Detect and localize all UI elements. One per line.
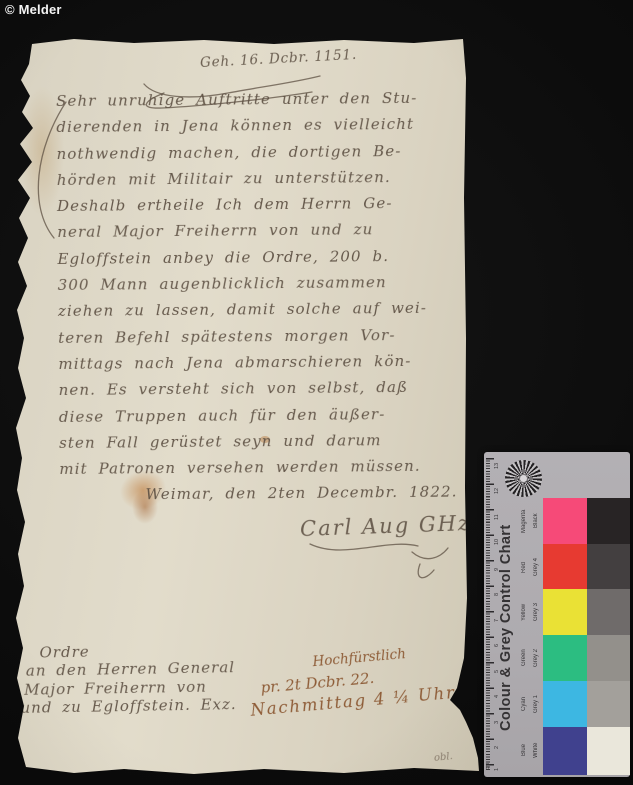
letter-body: Sehr unruhige Auftritte unter den Stu- d… [56,84,462,508]
swatch-blue [543,727,587,775]
swatch-labels: Red Grey 4 [518,544,542,590]
manuscript-line: mit Patronen versehen werden müssen. [59,453,461,483]
swatch-labels: Blue White [518,727,542,773]
swatch-grey2 [587,635,630,681]
swatch-labels: Magenta Black [518,498,542,544]
swatch-labels: Cyan Grey 1 [518,681,542,727]
swatch-black [587,498,630,544]
swatch-labels: Green Grey 2 [518,635,542,681]
swatch-red [543,544,587,590]
cm-unit-label: cm [485,763,491,770]
color-label: Blue [518,727,530,773]
grey-label: White [530,727,542,773]
swatch-white [587,727,630,775]
swatch-grey1 [587,681,630,727]
manuscript-line: hörden mit Militair zu unterstützen. [57,163,459,193]
manuscript-line: Deshalb ertheile Ich dem Herrn Ge- [57,190,459,220]
manuscript-line: nen. Es versteht sich von selbst, daß [59,374,461,404]
grey-label: Grey 4 [530,544,542,590]
swatch-yellow [543,589,587,635]
manuscript-line: mittags nach Jena abmarschieren kön- [58,347,460,377]
grey-label: Grey 2 [530,635,542,681]
manuscript-paper: Geh. 16. Dcbr. 1151. Sehr unruhige Auftr… [14,38,481,777]
chart-title: Colour & Grey Control Chart [492,480,520,776]
receipt-note: Hochfürstlich pr. 2t Dcbr. 22. Nachmitta… [246,640,456,721]
color-control-chart-card: 13 12 11 10 9 8 7 6 5 4 3 2 1 cm Colour … [484,452,630,777]
manuscript-line: sten Fall gerüstet seyn und darum [59,426,461,456]
color-label: Magenta [518,498,530,544]
swatch-green [543,635,587,681]
color-label: Green [518,635,530,681]
address-block: Ordre an den Herren General Major Freihe… [17,640,236,717]
grey-label: Black [530,498,542,544]
manuscript-line: neral Major Freiherrn von und zu [57,216,459,246]
grey-label: Grey 1 [530,681,542,727]
swatch-cyan [543,681,587,727]
ruler-number: 13 [494,461,500,469]
color-label: Cyan [518,681,530,727]
manuscript-line: nothwendig machen, die dortigen Be- [56,137,458,167]
signature: Carl Aug GHz [300,511,472,541]
manuscript-line: Sehr unruhige Auftritte unter den Stu- [56,84,458,114]
dateline: Weimar, den 2ten Decembr. 1822. [59,479,461,509]
archive-note: Geh. 16. Dcbr. 1151. [200,47,358,71]
color-label: Red [518,544,530,590]
corner-mark: obl. [433,751,453,764]
manuscript-line: dierenden in Jena können es vielleicht [56,111,458,141]
manuscript-line: ziehen zu lassen, damit solche auf wei- [58,295,460,325]
address-line: und zu Egloffstein. Exz. [18,695,236,717]
grey-label: Grey 3 [530,589,542,635]
swatch-grey4 [587,544,630,590]
swatch-labels: Yellow Grey 3 [518,589,542,635]
manuscript-line: diese Truppen auch für den äußer- [59,400,461,430]
watermark-label: © Melder [5,2,62,17]
manuscript-line: Egloffstein anbey die Ordre, 200 b. [57,242,459,272]
manuscript-line: 300 Mann augenblicklich zusammen [58,269,460,299]
swatch-magenta [543,498,587,544]
manuscript-line: teren Befehl spätestens morgen Vor- [58,321,460,351]
color-label: Yellow [518,589,530,635]
swatch-grey3 [587,589,630,635]
